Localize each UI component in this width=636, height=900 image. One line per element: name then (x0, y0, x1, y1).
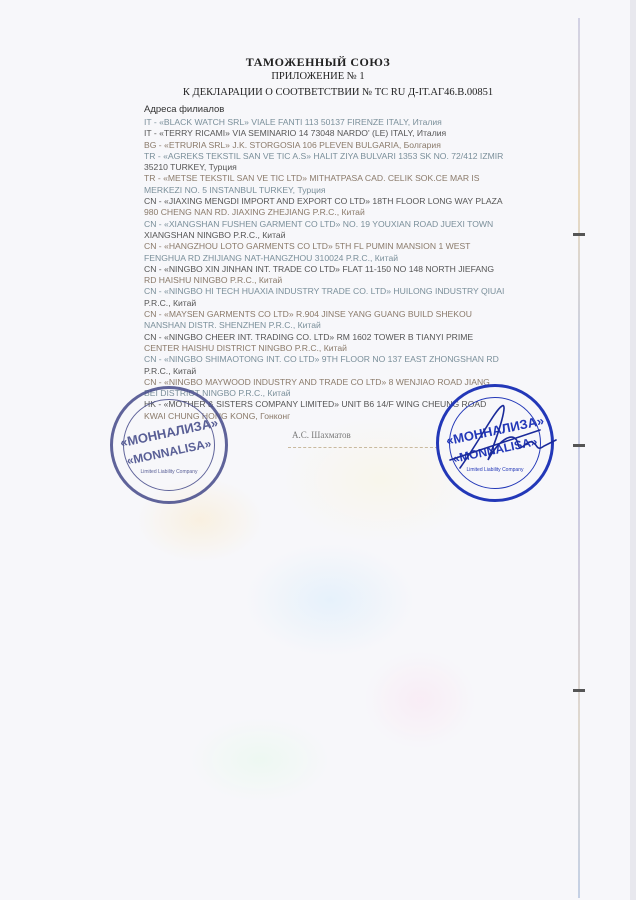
address-line: TR - «AGREKS TEKSTIL SAN VE TIC A.S» HAL… (144, 151, 514, 162)
document-page: ТАМОЖЕННЫЙ СОЮЗ ПРИЛОЖЕНИЕ № 1 К ДЕКЛАРА… (0, 0, 636, 900)
fold-mark (573, 444, 585, 447)
fold-mark (573, 233, 585, 236)
address-line: BG - «ETRURIA SRL» J.K. STORGOSIA 106 PL… (144, 140, 514, 151)
address-line: FENGHUA RD ZHIJIANG NAT-HANGZHOU 310024 … (144, 253, 514, 264)
signer-name: А.С. Шахматов (292, 430, 351, 440)
signature-icon (440, 400, 560, 480)
address-line: P.R.C., Китай (144, 366, 514, 377)
address-line: CN - «XIANGSHAN FUSHEN GARMENT CO LTD» N… (144, 219, 514, 230)
page-edge (630, 0, 636, 900)
address-line: IT - «TERRY RICAMI» VIA SEMINARIO 14 730… (144, 128, 514, 139)
address-line: CN - «MAYSEN GARMENTS CO LTD» R.904 JINS… (144, 309, 514, 320)
address-line: IT - «BLACK WATCH SRL» VIALE FANTI 113 5… (144, 117, 514, 128)
declaration-number: К ДЕКЛАРАЦИИ О СООТВЕТСТВИИ № ТС RU Д-IT… (20, 87, 636, 98)
fold-mark (573, 689, 585, 692)
address-line: CN - «JIAXING MENGDI IMPORT AND EXPORT C… (144, 196, 514, 207)
address-line: RD HAISHU NINGBO P.R.C., Китай (144, 275, 514, 286)
addresses-list: IT - «BLACK WATCH SRL» VIALE FANTI 113 5… (144, 117, 514, 422)
address-line: CENTER HAISHU DISTRICT NINGBO P.R.C., Ки… (144, 343, 514, 354)
address-line: CN - «NINGBO MAYWOOD INDUSTRY AND TRADE … (144, 377, 514, 388)
address-line: CN - «NINGBO SHIMAOTONG INT. CO LTD» 9TH… (144, 354, 514, 365)
address-line: NANSHAN DISTR. SHENZHEN P.R.C., Китай (144, 320, 514, 331)
stamp-small-text: Limited Liability Company (113, 469, 225, 475)
fold-line (578, 18, 580, 898)
address-line: P.R.C., Китай (144, 298, 514, 309)
address-line: CN - «HANGZHOU LOTO GARMENTS CO LTD» 5TH… (144, 241, 514, 252)
addresses-heading: Адреса филиалов (144, 104, 224, 115)
document-title: ТАМОЖЕННЫЙ СОЮЗ (0, 55, 636, 70)
address-line: TR - «METSE TEKSTIL SAN VE TIC LTD» MITH… (144, 173, 514, 184)
address-line: 980 CHENG NAN RD. JIAXING ZHEJIANG P.R.C… (144, 207, 514, 218)
signature-line (288, 447, 438, 449)
address-line: CN - «NINGBO CHEER INT. TRADING CO. LTD»… (144, 332, 514, 343)
address-line: 35210 TURKEY, Турция (144, 162, 514, 173)
address-line: XIANGSHAN NINGBO P.R.C., Китай (144, 230, 514, 241)
company-stamp-left: «МОННАЛИЗА» «MONNALISA» Limited Liabilit… (110, 386, 228, 504)
address-line: CN - «NINGBO XIN JINHAN INT. TRADE CO LT… (144, 264, 514, 275)
address-line: MERKEZI NO. 5 INSTANBUL TURKEY, Турция (144, 185, 514, 196)
address-line: CN - «NINGBO HI TECH HUAXIA INDUSTRY TRA… (144, 286, 514, 297)
document-subtitle: ПРИЛОЖЕНИЕ № 1 (0, 71, 636, 82)
